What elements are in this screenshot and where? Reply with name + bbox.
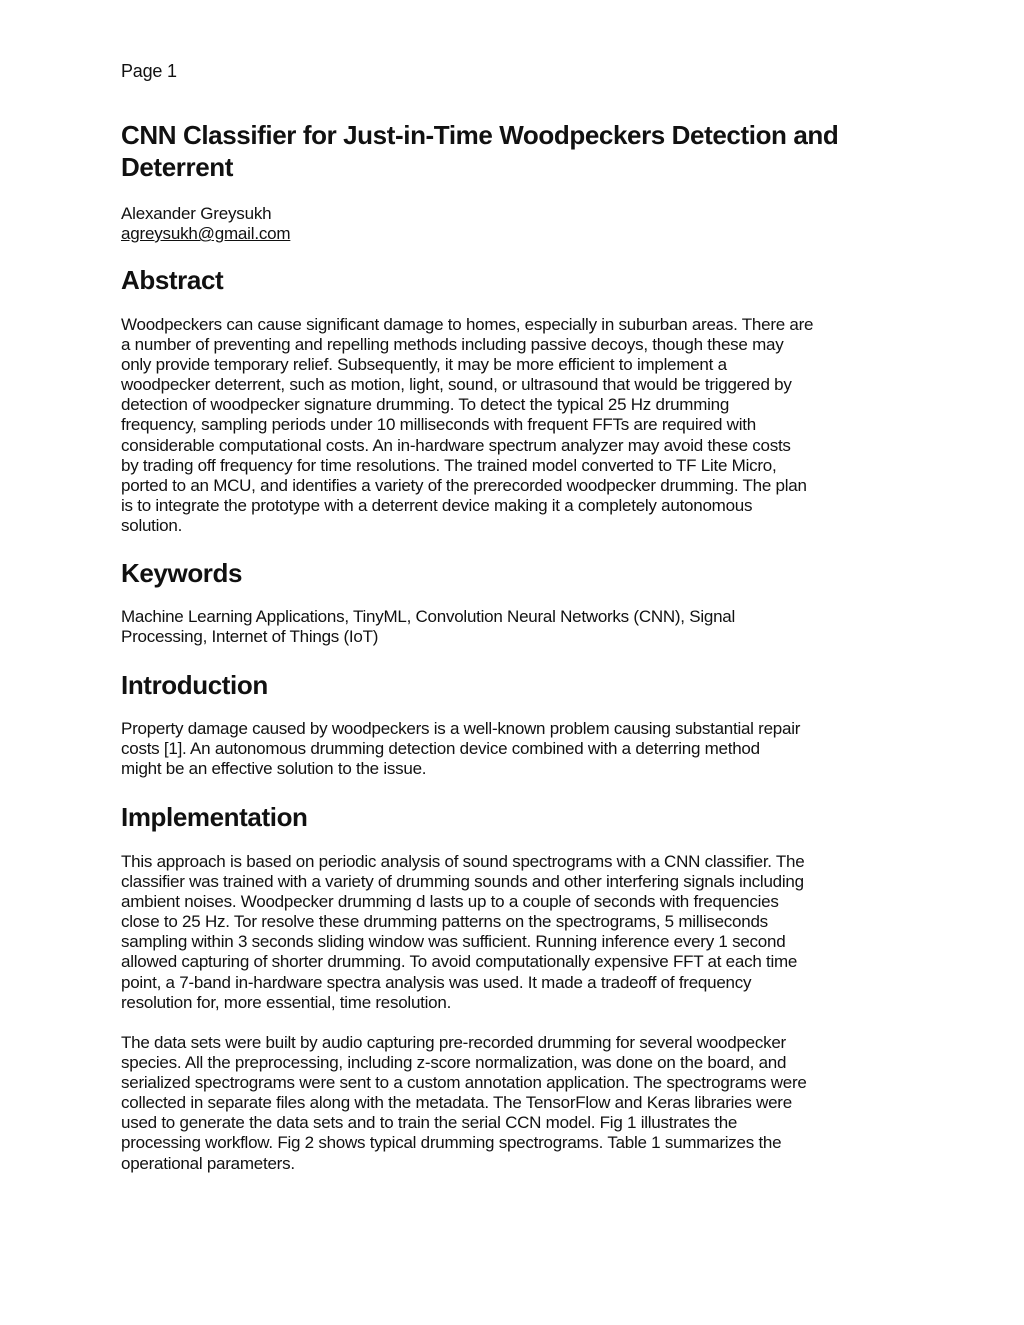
- paragraph-line: ambient noises. Woodpecker drumming d la…: [121, 892, 804, 912]
- paragraph-line: ported to an MCU, and identifies a varie…: [121, 476, 813, 496]
- paragraph-line: operational parameters.: [121, 1154, 807, 1174]
- paragraph-line: This approach is based on periodic analy…: [121, 852, 804, 872]
- paragraph-line: used to generate the data sets and to tr…: [121, 1113, 807, 1133]
- paragraph-line: is to integrate the prototype with a det…: [121, 496, 813, 516]
- introduction-heading: Introduction: [121, 669, 268, 701]
- paragraph-line: point, a 7-band in-hardware spectra anal…: [121, 973, 804, 993]
- paragraph-line: considerable computational costs. An in-…: [121, 436, 813, 456]
- implementation-paragraph-1: This approach is based on periodic analy…: [121, 852, 804, 1013]
- keywords-heading: Keywords: [121, 557, 242, 589]
- paragraph-line: Machine Learning Applications, TinyML, C…: [121, 607, 735, 627]
- paper-title-line: Deterrent: [121, 151, 838, 183]
- paragraph-line: The data sets were built by audio captur…: [121, 1033, 807, 1053]
- introduction-paragraph: Property damage caused by woodpeckers is…: [121, 719, 800, 779]
- implementation-paragraph-2: The data sets were built by audio captur…: [121, 1033, 807, 1174]
- paragraph-line: solution.: [121, 516, 813, 536]
- page-number: Page 1: [121, 60, 177, 82]
- paragraph-line: only provide temporary relief. Subsequen…: [121, 355, 813, 375]
- paragraph-line: collected in separate files along with t…: [121, 1093, 807, 1113]
- author-email-link[interactable]: agreysukh@gmail.com: [121, 223, 290, 244]
- paragraph-line: processing workflow. Fig 2 shows typical…: [121, 1133, 807, 1153]
- author-name: Alexander Greysukh: [121, 203, 271, 224]
- paragraph-line: might be an effective solution to the is…: [121, 759, 800, 779]
- paragraph-line: woodpecker deterrent, such as motion, li…: [121, 375, 813, 395]
- paragraph-line: sampling within 3 seconds sliding window…: [121, 932, 804, 952]
- paper-title: CNN Classifier for Just-in-Time Woodpeck…: [121, 119, 838, 183]
- abstract-heading: Abstract: [121, 264, 223, 296]
- paragraph-line: classifier was trained with a variety of…: [121, 872, 804, 892]
- paragraph-line: allowed capturing of shorter drumming. T…: [121, 952, 804, 972]
- paragraph-line: by trading off frequency for time resolu…: [121, 456, 813, 476]
- paragraph-line: close to 25 Hz. Tor resolve these drummi…: [121, 912, 804, 932]
- paragraph-line: frequency, sampling periods under 10 mil…: [121, 415, 813, 435]
- paragraph-line: a number of preventing and repelling met…: [121, 335, 813, 355]
- implementation-heading: Implementation: [121, 801, 308, 833]
- paragraph-line: Property damage caused by woodpeckers is…: [121, 719, 800, 739]
- paper-title-line: CNN Classifier for Just-in-Time Woodpeck…: [121, 119, 838, 151]
- paragraph-line: serialized spectrograms were sent to a c…: [121, 1073, 807, 1093]
- paragraph-line: Woodpeckers can cause significant damage…: [121, 315, 813, 335]
- paragraph-line: costs [1]. An autonomous drumming detect…: [121, 739, 800, 759]
- abstract-paragraph: Woodpeckers can cause significant damage…: [121, 315, 813, 536]
- keywords-paragraph: Machine Learning Applications, TinyML, C…: [121, 607, 735, 647]
- paragraph-line: Processing, Internet of Things (IoT): [121, 627, 735, 647]
- paragraph-line: resolution for, more essential, time res…: [121, 993, 804, 1013]
- paragraph-line: species. All the preprocessing, includin…: [121, 1053, 807, 1073]
- paragraph-line: detection of woodpecker signature drummi…: [121, 395, 813, 415]
